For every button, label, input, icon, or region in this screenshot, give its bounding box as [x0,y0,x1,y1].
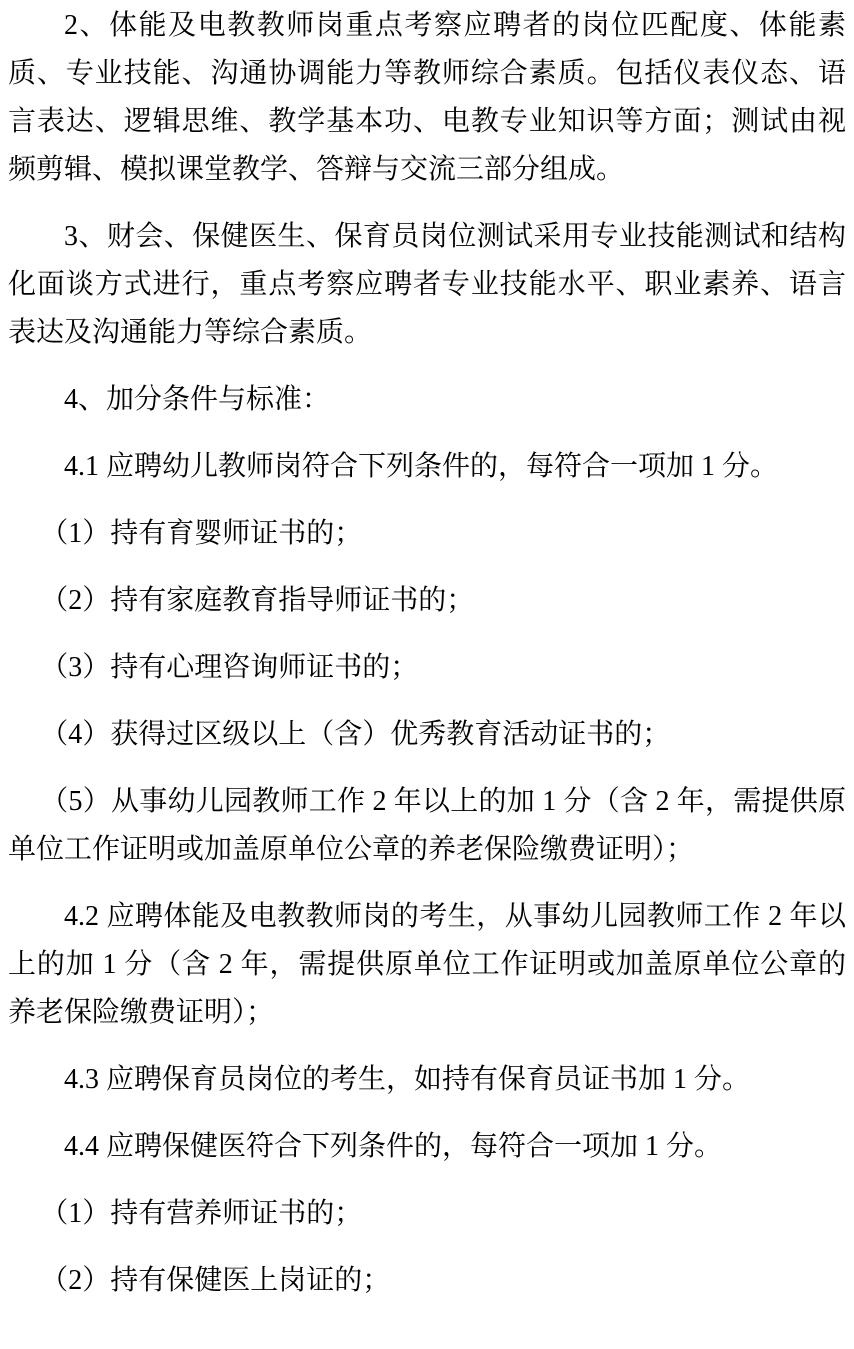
paragraph: 3、财会、保健医生、保育员岗位测试采用专业技能测试和结构化面谈方式进行，重点考察… [8,213,846,357]
paragraph: （1）持有营养师证书的； [8,1190,846,1238]
paragraph: （2）持有保健医上岗证的； [8,1257,846,1305]
paragraph: 4.2 应聘体能及电教教师岗的考生，从事幼儿园教师工作 2 年以上的加 1 分（… [8,893,846,1037]
paragraph: 2、体能及电教教师岗重点考察应聘者的岗位匹配度、体能素质、专业技能、沟通协调能力… [8,2,846,194]
paragraph: 4.3 应聘保育员岗位的考生，如持有保育员证书加 1 分。 [8,1056,846,1104]
document-page: 2、体能及电教教师岗重点考察应聘者的岗位匹配度、体能素质、专业技能、沟通协调能力… [0,0,854,1349]
paragraph: 4.1 应聘幼儿教师岗符合下列条件的，每符合一项加 1 分。 [8,443,846,491]
paragraph: （5）从事幼儿园教师工作 2 年以上的加 1 分（含 2 年，需提供原单位工作证… [8,778,846,874]
paragraph: 4、加分条件与标准： [8,376,846,424]
paragraph: （4）获得过区级以上（含）优秀教育活动证书的； [8,711,846,759]
document-body: 2、体能及电教教师岗重点考察应聘者的岗位匹配度、体能素质、专业技能、沟通协调能力… [8,2,846,1305]
paragraph: （1）持有育婴师证书的； [8,510,846,558]
paragraph: （3）持有心理咨询师证书的； [8,644,846,692]
paragraph: （2）持有家庭教育指导师证书的； [8,577,846,625]
paragraph: 4.4 应聘保健医符合下列条件的，每符合一项加 1 分。 [8,1123,846,1171]
